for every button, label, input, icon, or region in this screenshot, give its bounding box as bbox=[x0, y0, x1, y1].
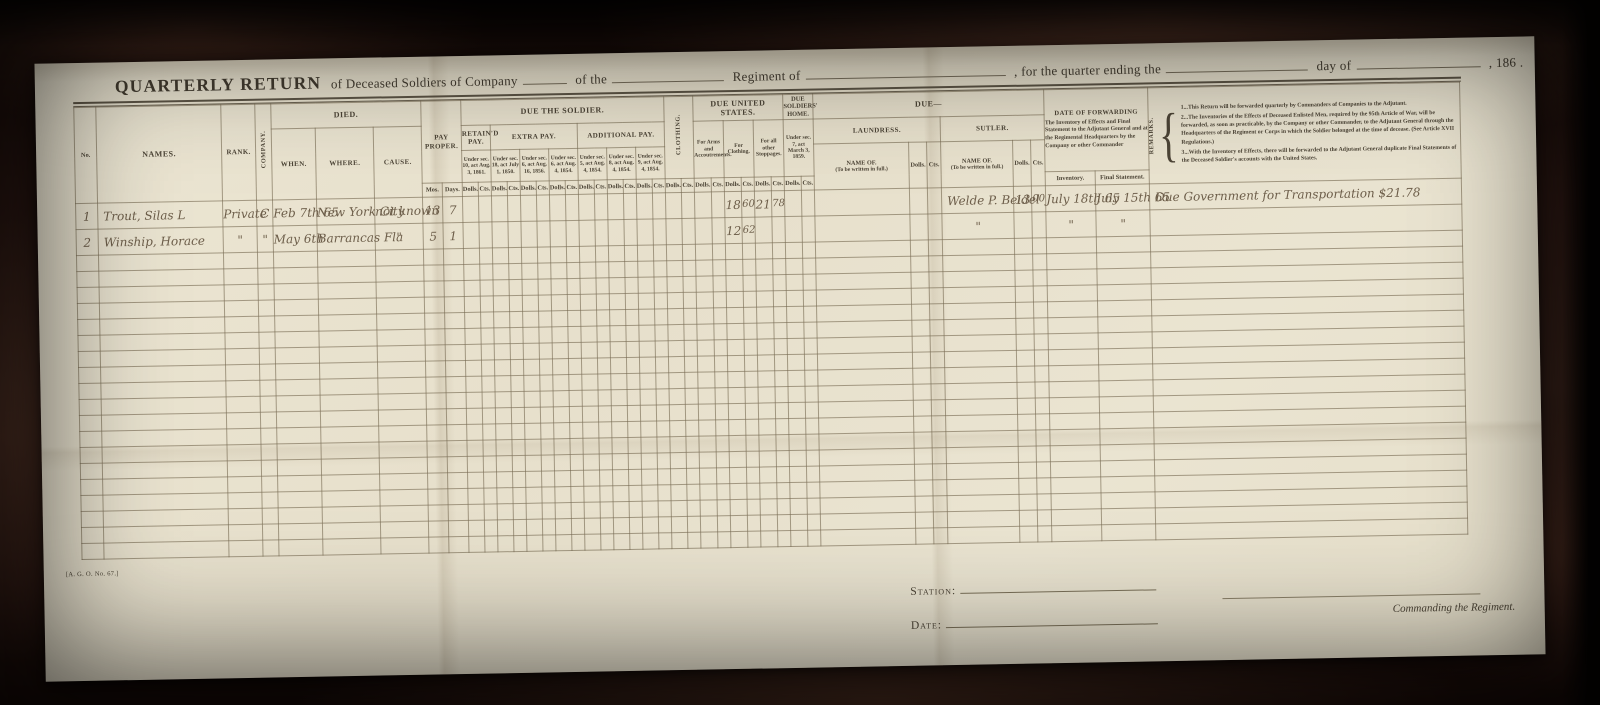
dolls-header: Dolls. bbox=[694, 178, 711, 192]
cts-header: Cts. bbox=[536, 181, 549, 195]
cts-header: Cts. bbox=[507, 181, 520, 195]
additional-pay-act-note-2: Under sec. 8, act Aug. 4, 1854. bbox=[607, 147, 637, 180]
cts-header: Cts. bbox=[681, 178, 694, 192]
cell-sutler-cts: 00 bbox=[1031, 186, 1046, 212]
cell-died-when: May 6th bbox=[273, 225, 317, 252]
col-header-extra-pay: EXTRA PAY. bbox=[490, 123, 577, 150]
col-header-home-note: Under sec. 7, act March 3, 1859. bbox=[783, 119, 814, 177]
additional-pay-act-note-1: Under sec. 5, act Aug. 4, 1854. bbox=[578, 148, 608, 181]
cell-laundress-name bbox=[814, 188, 909, 216]
col-header-due-the-soldier: DUE THE SOLDIER. bbox=[461, 97, 664, 126]
extra-pay-act-note-2: Under sec. 6, act Aug. 16, 1856. bbox=[520, 149, 550, 182]
remarks-brace: { bbox=[1158, 105, 1178, 165]
dolls-header: Dolls. bbox=[784, 176, 801, 190]
form-number: [A. G. O. No. 67.] bbox=[66, 570, 119, 578]
cell-pay-days: 7 bbox=[442, 196, 462, 222]
cell-pay-mos: 13 bbox=[422, 197, 442, 223]
cts-header: Cts. bbox=[594, 180, 607, 194]
cts-header: Cts. bbox=[565, 180, 578, 194]
form-title-segment: day of bbox=[1316, 58, 1351, 74]
dolls-header: Dolls. bbox=[754, 177, 771, 191]
blank-quarter-day bbox=[1166, 58, 1308, 73]
form-title-segment: . bbox=[1520, 55, 1524, 70]
form-title-segment: of the bbox=[575, 71, 607, 87]
dolls-header: Dolls. bbox=[491, 182, 507, 196]
col-header-names: NAMES. bbox=[96, 105, 223, 203]
dolls-header: Dolls. bbox=[520, 181, 536, 195]
cell-sutler-dolls: 13 bbox=[1013, 186, 1031, 212]
cell-us-clothing-cts: 62 bbox=[742, 217, 755, 243]
dolls-header: Dolls. bbox=[636, 179, 652, 193]
cell-no: 2 bbox=[76, 229, 98, 255]
remark-note-2: 2...The Inventories of the Effects of De… bbox=[1181, 109, 1460, 147]
col-header-when: WHEN. bbox=[271, 128, 316, 200]
dolls-header: Dolls. bbox=[462, 182, 478, 196]
col-header-rank: RANK. bbox=[221, 104, 257, 201]
days-header: Days. bbox=[442, 182, 462, 196]
sutler-cts-header: Cts. bbox=[1031, 140, 1046, 186]
cell-died-where: New York City bbox=[316, 198, 374, 225]
cell-company: " bbox=[257, 226, 273, 252]
clothing-vertical-label: CLOTHING. bbox=[675, 114, 683, 155]
cell-pay-days: 1 bbox=[443, 222, 463, 248]
extra-pay-act-note-1: Under sec. 18, act July 1, 1850. bbox=[491, 149, 521, 182]
cell-final-statement: " bbox=[1096, 210, 1150, 237]
signature-caption: Commanding the Regiment. bbox=[1393, 601, 1516, 615]
dolls-header: Dolls. bbox=[724, 177, 741, 191]
col-header-pay-proper: PAY PROPER. bbox=[421, 100, 463, 183]
cts-header: Cts. bbox=[623, 179, 636, 193]
cell-inventory: " bbox=[1046, 211, 1096, 238]
cell-us-stoppages-dolls: 21 bbox=[754, 191, 771, 217]
cts-header: Cts. bbox=[652, 179, 665, 193]
form-title-main: QUARTERLY RETURN bbox=[115, 73, 322, 97]
form-title-segment: Regiment of bbox=[732, 68, 800, 84]
dolls-header: Dolls. bbox=[665, 178, 681, 192]
cell-us-stoppages-cts: 78 bbox=[771, 191, 785, 217]
col-header-sutler: SUTLER. bbox=[940, 115, 1044, 142]
cts-header: Cts. bbox=[771, 177, 784, 191]
col-header-date-of-forwarding: DATE OF FORWARDING The Inventory of Effe… bbox=[1044, 88, 1150, 172]
form-table: No. NAMES. RANK. COMPANY. DIED. PAY PROP… bbox=[73, 82, 1468, 560]
cell-us-clothing-cts: 60 bbox=[741, 191, 754, 217]
col-header-for-stoppages: For all other Stoppages. bbox=[753, 120, 784, 178]
date-label: Date: bbox=[911, 619, 942, 632]
cell-died-when: Feb 7th 65 bbox=[272, 199, 316, 226]
sutler-dolls-header: Dolls. bbox=[1013, 140, 1032, 186]
cell-inventory: July 18th 65 bbox=[1045, 185, 1095, 212]
company-vertical-label: COMPANY. bbox=[260, 131, 268, 169]
cell-name: Winship, Horace bbox=[98, 227, 223, 255]
cts-header: Cts. bbox=[711, 178, 724, 192]
cell-name: Trout, Silas L bbox=[98, 201, 223, 229]
forwarding-title: DATE OF FORWARDING bbox=[1045, 108, 1148, 117]
col-header-for-clothing: For Clothing. bbox=[723, 120, 754, 178]
col-header-remarks: REMARKS. { 1...This Return will be forwa… bbox=[1148, 82, 1462, 184]
retaind-pay-act-note: Under sec. 10, act Aug. 3, 1861. bbox=[462, 150, 492, 183]
forwarding-note: The Inventory of Effects and Final State… bbox=[1045, 118, 1149, 151]
col-header-died: DIED. bbox=[271, 101, 421, 129]
col-header-where: WHERE. bbox=[315, 127, 374, 199]
col-header-due-united-states: DUE UNITED STATES. bbox=[693, 95, 783, 122]
col-header-clothing: CLOTHING. bbox=[664, 96, 694, 179]
cts-header: Cts. bbox=[741, 177, 754, 191]
cell-sutler-name: Welde P. Beidel bbox=[941, 186, 1013, 213]
cell-us-clothing-dolls: 18 bbox=[724, 191, 741, 217]
cell-us-clothing-dolls: 12 bbox=[725, 217, 742, 243]
laundress-name-of-header: NAME OF. (To be written in full.) bbox=[814, 142, 910, 190]
blank-month bbox=[1356, 55, 1480, 69]
cell-rank: Private bbox=[223, 200, 257, 227]
photo-edge-shadow bbox=[1562, 0, 1600, 705]
cell-rank: " bbox=[223, 226, 257, 253]
cell-laundress-name bbox=[815, 214, 910, 242]
cell-no: 1 bbox=[76, 203, 98, 229]
col-header-cause: CAUSE. bbox=[373, 126, 422, 198]
inventory-header: Inventory. bbox=[1045, 171, 1095, 186]
sutler-name-of-header: NAME OF. (To be written in full.) bbox=[941, 140, 1014, 187]
laundress-cts-header: Cts. bbox=[927, 142, 942, 188]
remarks-vertical-label: REMARKS. bbox=[1149, 117, 1157, 154]
photo-background: QUARTERLY RETURN of Deceased Soldiers of… bbox=[0, 0, 1600, 705]
col-header-for-arms: For Arms and Accoutrements. bbox=[693, 121, 724, 179]
blank-regiment bbox=[805, 64, 1005, 80]
document-paper: QUARTERLY RETURN of Deceased Soldiers of… bbox=[34, 36, 1545, 681]
col-header-laundress: LAUNDRESS. bbox=[813, 117, 940, 144]
cell-died-cause: not known bbox=[374, 197, 422, 224]
extra-pay-act-note-3: Under sec. 6, act Aug. 4, 1854. bbox=[549, 148, 579, 181]
cts-header: Cts. bbox=[478, 182, 491, 196]
col-header-retaind-pay: RETAIN'D PAY. bbox=[461, 125, 490, 151]
col-header-no: No. bbox=[74, 107, 98, 203]
blank-company bbox=[523, 72, 567, 85]
form-title-segment: of Deceased Soldiers of Company bbox=[331, 73, 518, 91]
station-label: Station: bbox=[910, 585, 956, 598]
dolls-header: Dolls. bbox=[578, 180, 594, 194]
laundress-dolls-header: Dolls. bbox=[909, 142, 928, 188]
col-header-due-soldiers-home: DUE SOLDIERS' HOME. bbox=[783, 94, 813, 120]
station-blank-line bbox=[960, 579, 1156, 594]
form-title-segment: , 186 bbox=[1489, 55, 1517, 71]
additional-pay-act-note-3: Under sec. 9, act Aug. 4, 1854. bbox=[636, 147, 666, 180]
blank-of-the bbox=[612, 69, 724, 83]
final-statement-header: Final Statement. bbox=[1095, 170, 1149, 185]
cell-died-where: Barrancas Fla bbox=[317, 224, 375, 251]
col-header-additional-pay: ADDITIONAL PAY. bbox=[577, 122, 664, 149]
dolls-header: Dolls. bbox=[549, 181, 565, 195]
table-body: 1 Trout, Silas L Private C Feb 7th 65 Ne… bbox=[76, 178, 1468, 559]
mos-header: Mos. bbox=[422, 183, 442, 197]
remark-note-3: 3...With the Inventory of Effects, there… bbox=[1181, 143, 1460, 164]
form-title-segment: , for the quarter ending the bbox=[1014, 61, 1161, 79]
cell-final-statement: July 15th 65 bbox=[1095, 184, 1149, 211]
cts-header: Cts. bbox=[801, 176, 814, 190]
col-header-company: COMPANY. bbox=[255, 104, 273, 200]
dolls-header: Dolls. bbox=[607, 180, 623, 194]
cell-sutler-name: " bbox=[942, 212, 1014, 239]
cell-pay-mos: 5 bbox=[423, 223, 443, 249]
